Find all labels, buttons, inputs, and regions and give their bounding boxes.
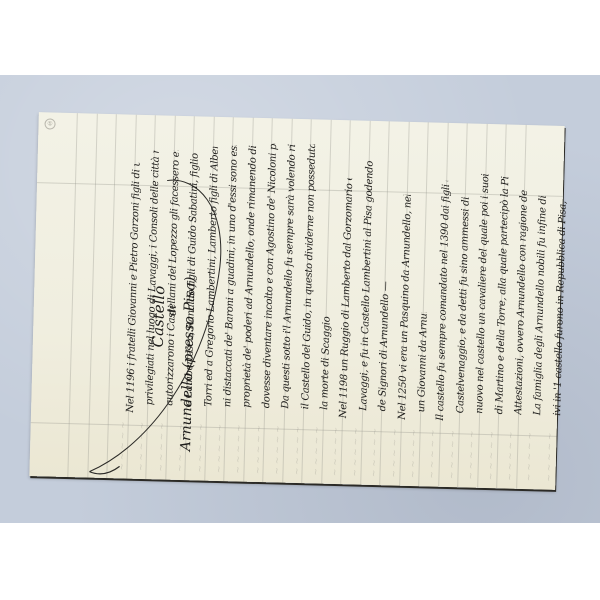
bleed-through-ink: ~ ~ ~ ~ ~ (195, 423, 206, 472)
bleed-through-ink: ~ ~ ~ ~ ~ (408, 429, 419, 478)
bleed-through-ink: ~ ~ ~ ~ ~ (505, 431, 516, 480)
bleed-through-ink: ~ ~ ~ ~ ~ (253, 425, 264, 474)
bleed-through-ink: ~ ~ ~ ~ ~ (156, 422, 167, 471)
bleed-through-ink: ~ ~ ~ ~ ~ (273, 425, 284, 474)
bleed-through-ink: ~ ~ ~ ~ ~ (331, 427, 342, 476)
bleed-through-ink: ~ ~ ~ ~ ~ (467, 430, 478, 479)
bleed-through-ink: ~ ~ ~ ~ ~ (176, 423, 187, 472)
bleed-through-ink: ~ ~ ~ ~ ~ (486, 431, 497, 480)
bleed-through-ink: ~ ~ ~ ~ ~ (118, 421, 129, 470)
bleed-through-ink: ~ ~ ~ ~ ~ (525, 432, 536, 481)
manuscript-page: ① Castello di Arnundello (presso Pisa) N… (29, 112, 564, 490)
photograph: ① Castello di Arnundello (presso Pisa) N… (0, 75, 600, 523)
bleed-through-ink: ~ ~ ~ ~ ~ (544, 432, 555, 481)
bleed-through-ink: ~ ~ ~ ~ ~ (447, 430, 458, 479)
bleed-through-ink: ~ ~ ~ ~ ~ (292, 426, 303, 475)
bleed-through-ink: ~ ~ ~ ~ ~ (389, 428, 400, 477)
bleed-through-ink: ~ ~ ~ ~ ~ (350, 427, 361, 476)
bleed-through-ink: ~ ~ ~ ~ ~ (214, 424, 225, 473)
bleed-through-ink: ~ ~ ~ ~ ~ (311, 426, 322, 475)
bleed-through-ink: ~ ~ ~ ~ ~ (234, 424, 245, 473)
bleed-through-ink: ~ ~ ~ ~ ~ (428, 429, 439, 478)
bleed-through-ink: ~ ~ ~ ~ ~ (370, 428, 381, 477)
bleed-through-ink: ~ ~ ~ ~ ~ (137, 422, 148, 471)
